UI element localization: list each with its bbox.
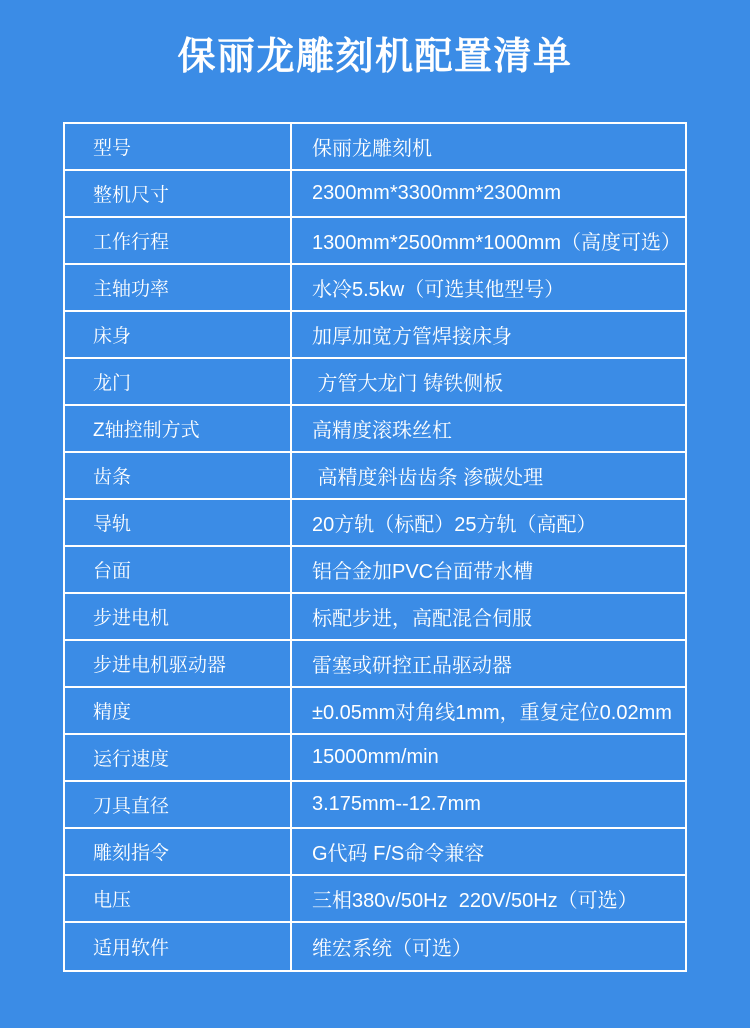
spec-label: 齿条 [65,453,292,498]
table-row: 型号保丽龙雕刻机 [65,124,685,171]
spec-value: 雷塞或研控正品驱动器 [292,641,685,686]
spec-value: 20方轨（标配）25方轨（高配） [292,500,685,545]
spec-label: 型号 [65,124,292,169]
spec-label: 工作行程 [65,218,292,263]
table-row: Z轴控制方式高精度滚珠丝杠 [65,406,685,453]
table-row: 整机尺寸2300mm*3300mm*2300mm [65,171,685,218]
spec-label: 龙门 [65,359,292,404]
spec-value: 方管大龙门 铸铁侧板 [292,359,685,404]
table-row: 雕刻指令G代码 F/S命令兼容 [65,829,685,876]
spec-value: 铝合金加PVC台面带水槽 [292,547,685,592]
spec-label: 步进电机驱动器 [65,641,292,686]
table-row: 精度±0.05mm对角线1mm，重复定位0.02mm [65,688,685,735]
table-row: 步进电机标配步进，高配混合伺服 [65,594,685,641]
spec-value: 水冷5.5kw（可选其他型号） [292,265,685,310]
table-row: 适用软件维宏系统（可选） [65,923,685,970]
spec-value: 3.175mm--12.7mm [292,782,685,827]
spec-label: 导轨 [65,500,292,545]
spec-label: 整机尺寸 [65,171,292,216]
spec-label: 台面 [65,547,292,592]
table-row: 台面铝合金加PVC台面带水槽 [65,547,685,594]
spec-value: G代码 F/S命令兼容 [292,829,685,874]
spec-label: 适用软件 [65,923,292,970]
table-row: 电压三相380v/50Hz 220V/50Hz（可选） [65,876,685,923]
table-row: 导轨20方轨（标配）25方轨（高配） [65,500,685,547]
spec-value: 加厚加宽方管焊接床身 [292,312,685,357]
spec-label: 主轴功率 [65,265,292,310]
spec-value: 高精度滚珠丝杠 [292,406,685,451]
product-spec-page: 保丽龙雕刻机配置清单 型号保丽龙雕刻机整机尺寸2300mm*3300mm*230… [0,0,750,1028]
table-row: 步进电机驱动器雷塞或研控正品驱动器 [65,641,685,688]
spec-value: 2300mm*3300mm*2300mm [292,171,685,216]
spec-label: 床身 [65,312,292,357]
spec-value: 三相380v/50Hz 220V/50Hz（可选） [292,876,685,921]
spec-table: 型号保丽龙雕刻机整机尺寸2300mm*3300mm*2300mm工作行程1300… [63,122,687,972]
spec-value: 高精度斜齿齿条 渗碳处理 [292,453,685,498]
table-row: 运行速度15000mm/min [65,735,685,782]
spec-label: 雕刻指令 [65,829,292,874]
spec-value: 标配步进，高配混合伺服 [292,594,685,639]
table-row: 齿条 高精度斜齿齿条 渗碳处理 [65,453,685,500]
table-row: 龙门 方管大龙门 铸铁侧板 [65,359,685,406]
spec-label: 刀具直径 [65,782,292,827]
spec-value: ±0.05mm对角线1mm，重复定位0.02mm [292,688,685,733]
table-row: 主轴功率水冷5.5kw（可选其他型号） [65,265,685,312]
spec-label: 运行速度 [65,735,292,780]
spec-label: Z轴控制方式 [65,406,292,451]
spec-value: 维宏系统（可选） [292,923,685,970]
spec-label: 步进电机 [65,594,292,639]
table-row: 床身加厚加宽方管焊接床身 [65,312,685,359]
table-row: 刀具直径3.175mm--12.7mm [65,782,685,829]
spec-value: 15000mm/min [292,735,685,780]
page-title: 保丽龙雕刻机配置清单 [0,36,750,78]
spec-label: 精度 [65,688,292,733]
spec-value: 1300mm*2500mm*1000mm（高度可选） [292,218,685,263]
spec-label: 电压 [65,876,292,921]
table-row: 工作行程1300mm*2500mm*1000mm（高度可选） [65,218,685,265]
spec-value: 保丽龙雕刻机 [292,124,685,169]
